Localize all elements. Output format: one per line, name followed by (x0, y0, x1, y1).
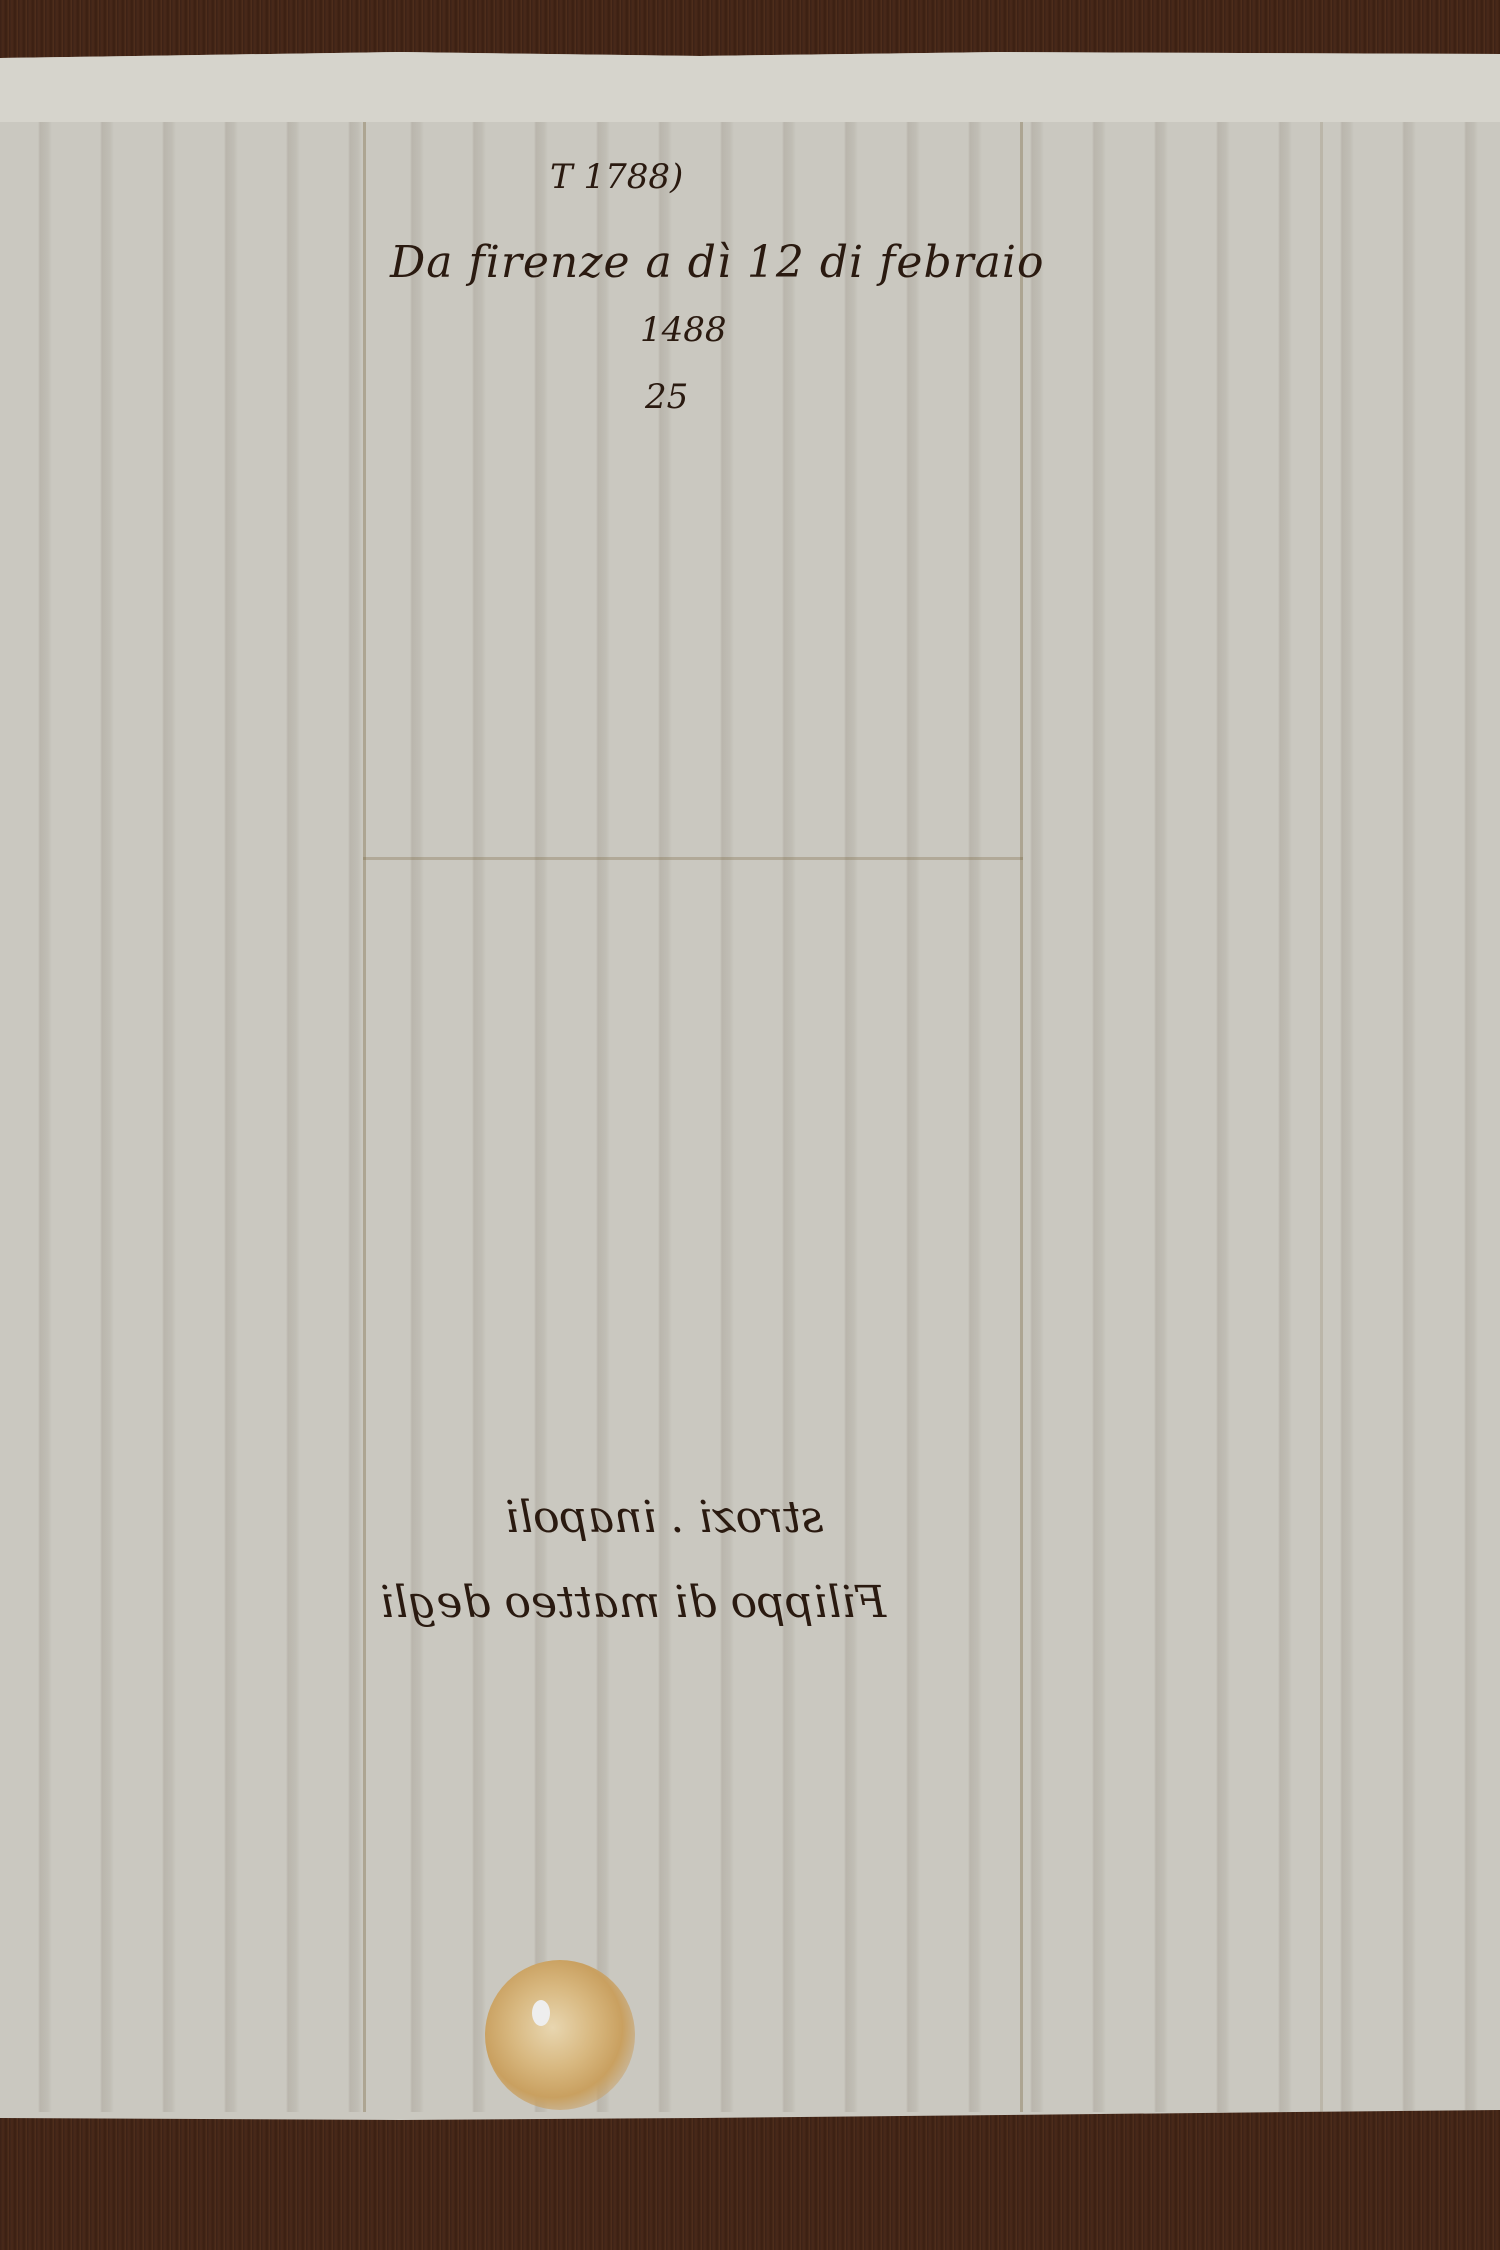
fold-line-far-right (1320, 122, 1323, 2112)
archival-number: T 1788) (550, 157, 683, 197)
fold-line-left (363, 122, 366, 2112)
wax-seal-stain (485, 1960, 635, 2110)
seal-hole (532, 2000, 550, 2026)
docket-year: 1488 (640, 310, 727, 350)
docket-number: 25 (645, 377, 688, 417)
address-line-mirrored-1: strozi . inapoli (505, 1492, 823, 1543)
fold-line-horizontal (363, 857, 1023, 860)
paper-top-margin (0, 52, 1500, 122)
bleed-through-text (0, 122, 1500, 2112)
docket-place-date: Da firenze a dì 12 di febraio (390, 237, 1044, 288)
manuscript-sheet: T 1788) Da firenze a dì 12 di febraio 14… (0, 52, 1500, 2122)
fold-line-right (1020, 122, 1023, 2112)
address-line-mirrored-2: Filippo di matteo degli (380, 1577, 886, 1628)
